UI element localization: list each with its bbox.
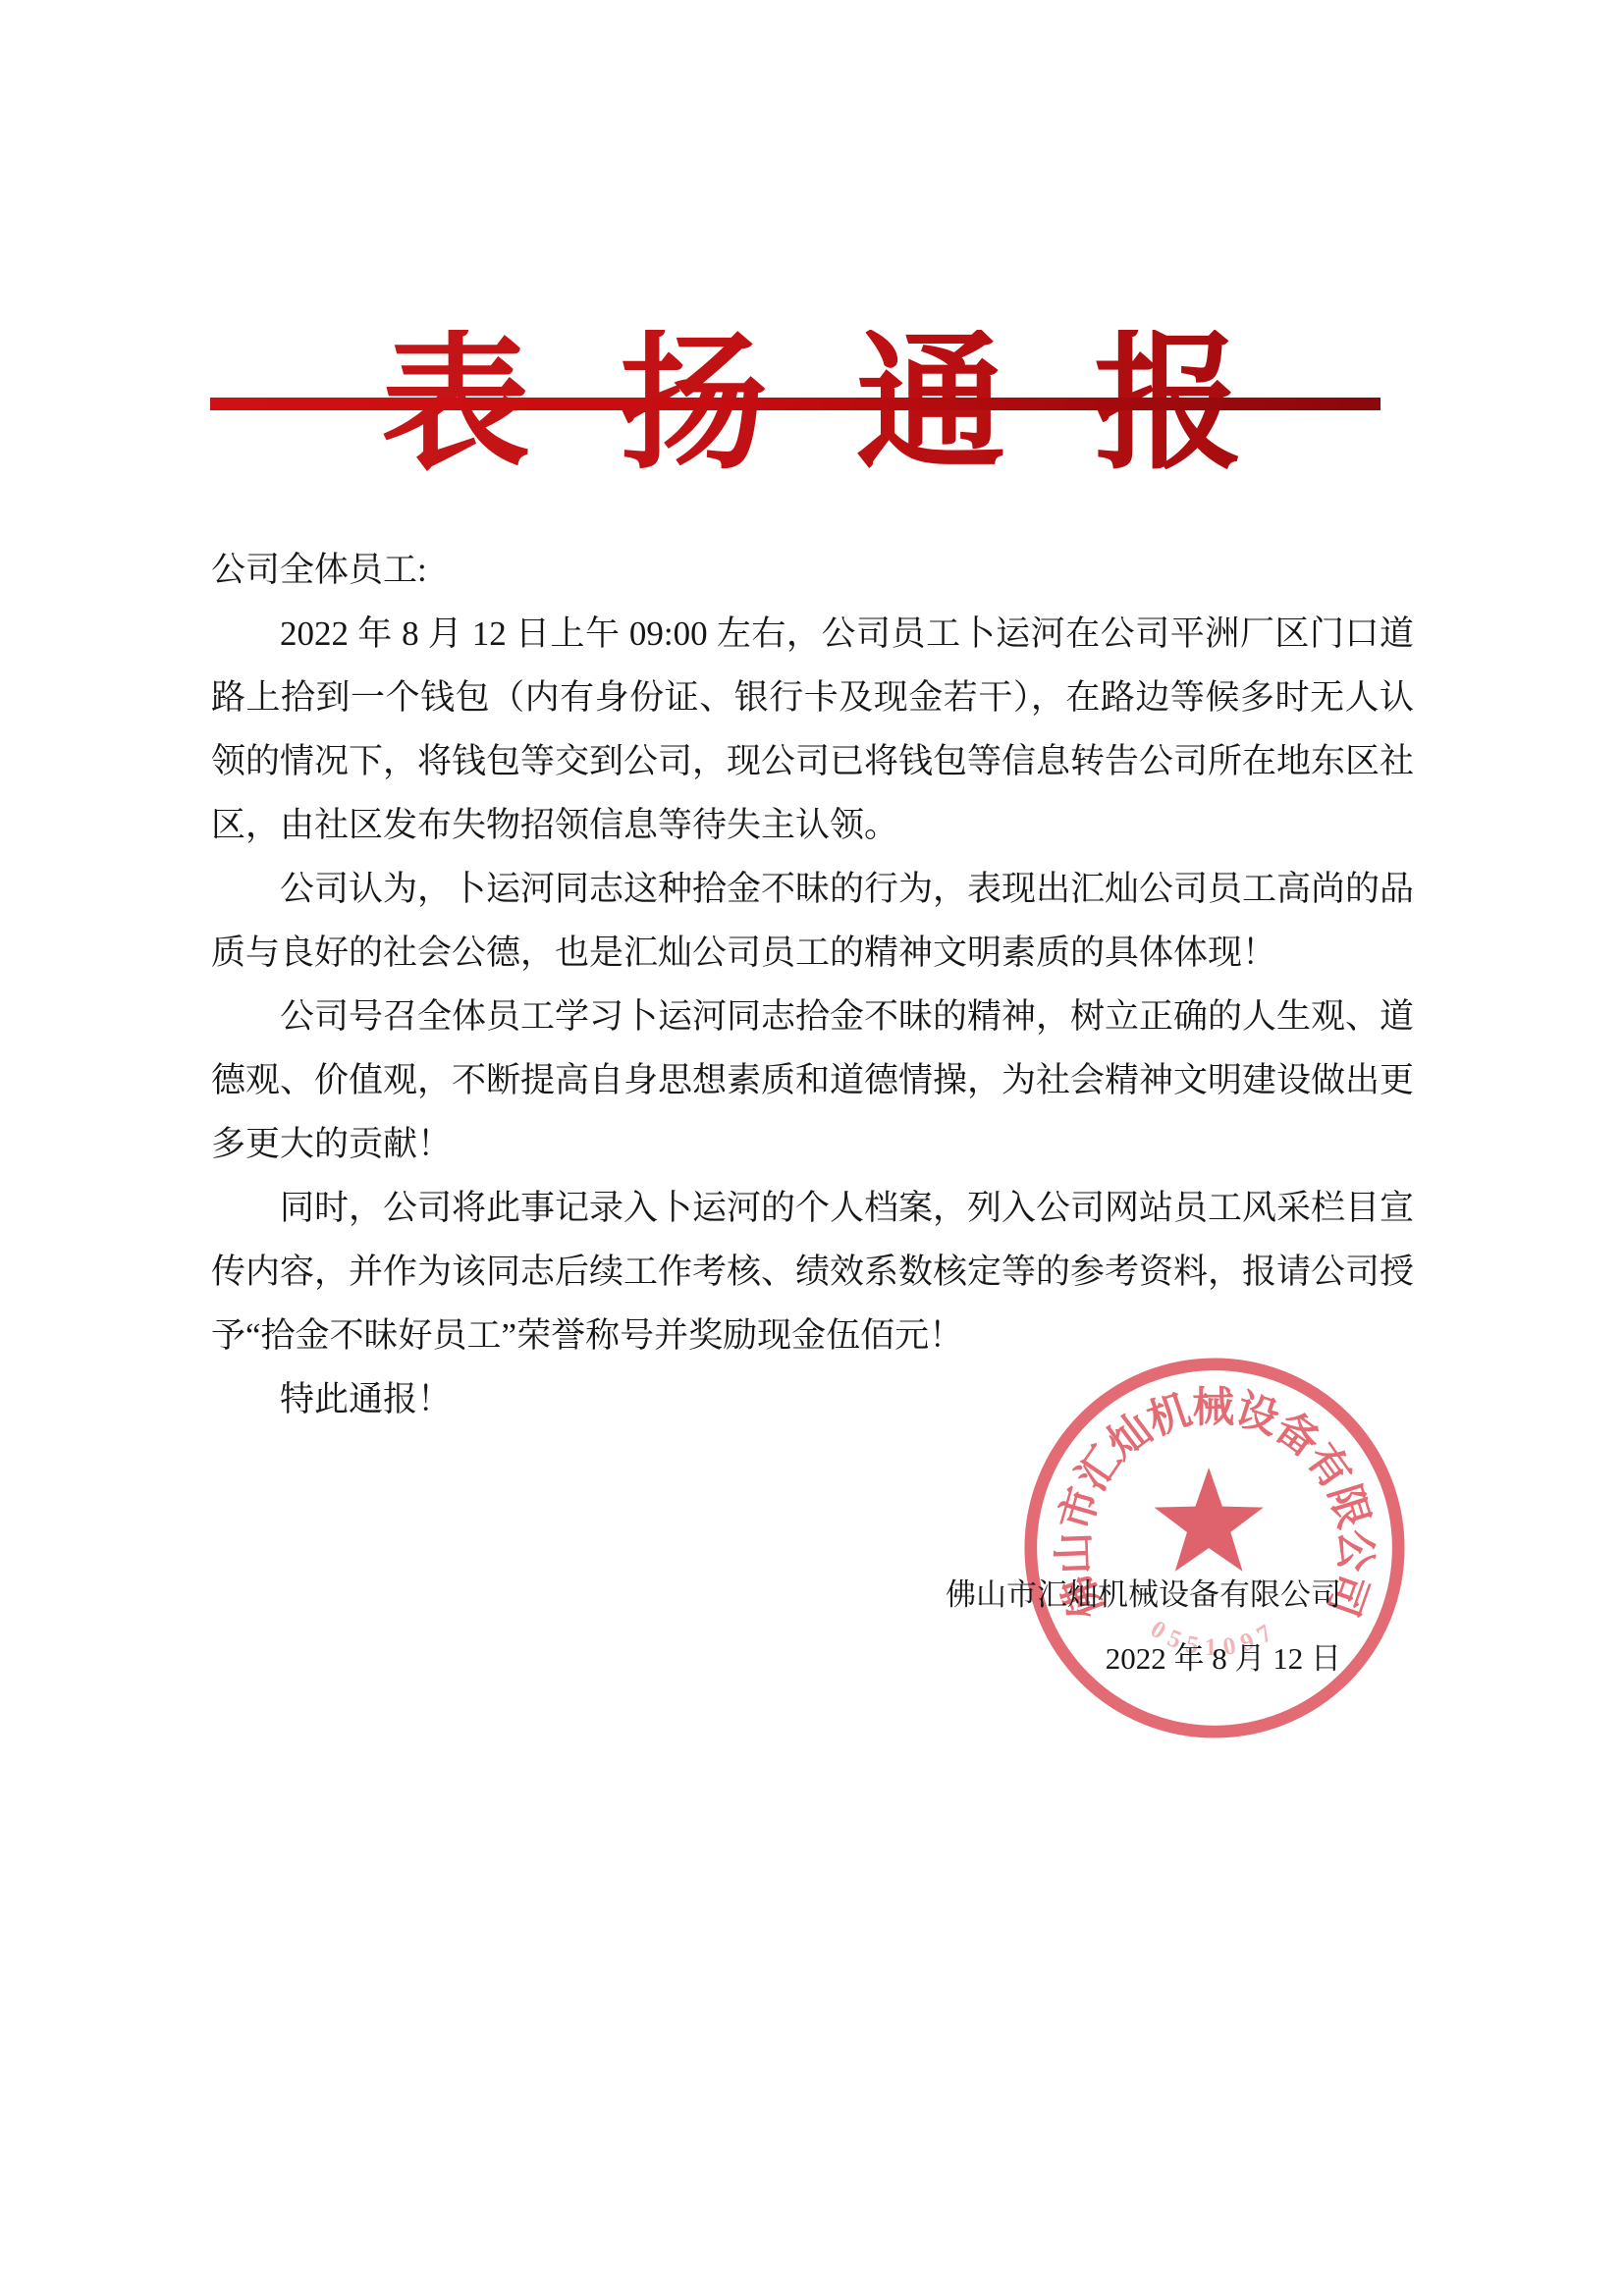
text-line: 路上拾到一个钱包（内有身份证、银行卡及现金若干），在路边等候多时无人认 [211,666,1414,729]
signature-date: 2022 年 8 月 12 日 [946,1627,1341,1690]
text-line: 德观、价值观，不断提高自身思想素质和道德情操，为社会精神文明建设做出更 [211,1048,1414,1112]
letter-body: 公司全体员工:2022 年 8 月 12 日上午 09:00 左右，公司员工卜运… [211,538,1414,1431]
text-line: 公司认为，卜运河同志这种拾金不昧的行为，表现出汇灿公司员工高尚的品 [211,857,1414,921]
text-line: 公司全体员工: [211,538,1414,602]
signature-company-name: 佛山市汇灿机械设备有限公司 [946,1563,1341,1627]
text-line: 公司号召全体员工学习卜运河同志拾金不昧的精神，树立正确的人生观、道 [211,985,1414,1048]
signature-block: 佛山市汇灿机械设备有限公司 2022 年 8 月 12 日 [946,1563,1341,1690]
text-line: 2022 年 8 月 12 日上午 09:00 左右，公司员工卜运河在公司平洲厂… [211,602,1414,666]
text-line: 领的情况下，将钱包等交到公司，现公司已将钱包等信息转告公司所在地东区社 [211,729,1414,793]
text-line: 同时，公司将此事记录入卜运河的个人档案，列入公司网站员工风采栏目宣 [211,1176,1414,1240]
text-line: 传内容，并作为该同志后续工作考核、绩效系数核定等的参考资料，报请公司授 [211,1240,1414,1304]
title-underline-rule [210,398,1380,410]
text-line: 多更大的贡献！ [211,1112,1414,1176]
seal-star-icon [1154,1468,1263,1572]
commendation-notice-page: 表扬通报 公司全体员工:2022 年 8 月 12 日上午 09:00 左右，公… [0,0,1624,2296]
text-line: 区，由社区发布失物招领信息等待失主认领。 [211,793,1414,857]
text-line: 质与良好的社会公德，也是汇灿公司员工的精神文明素质的具体体现！ [211,921,1414,985]
